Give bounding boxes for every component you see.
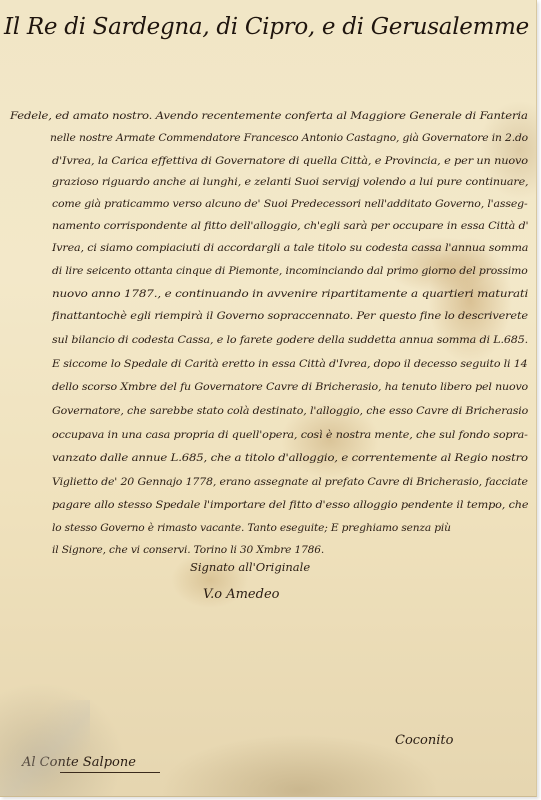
letter-line: Fedele, ed amato nostro. Avendo recentem… <box>10 110 528 122</box>
letter-line: sul bilancio di codesta Cassa, e lo fare… <box>52 334 528 346</box>
addressee: Al Conte Salpone <box>22 755 136 770</box>
paper-crease <box>0 700 90 796</box>
letter-line: finattantochè egli riempirà il Governo s… <box>52 310 528 322</box>
letter-line: come già praticammo verso alcuno de' Suo… <box>52 198 528 210</box>
letter-line: nuovo anno 1787., e continuando in avven… <box>52 288 528 300</box>
letter-line: occupava in una casa propria di quell'op… <box>52 429 528 441</box>
letter-line: Governatore, che sarebbe stato colà dest… <box>52 405 528 417</box>
letter-title: Il Re di Sardegna, di Cipro, e di Gerusa… <box>4 14 529 40</box>
signature-label: Signato all'Originale <box>190 560 310 574</box>
letter-line: Ivrea, ci siamo compiaciuti di accordarg… <box>52 242 528 254</box>
signature-name: V.o Amedeo <box>203 587 279 602</box>
letter-line: pagare allo stesso Spedale l'importare d… <box>52 499 528 511</box>
letter-line: Viglietto de' 20 Gennajo 1778, erano ass… <box>52 476 528 488</box>
addressee-underline <box>60 772 160 773</box>
letter-line: dello scorso Xmbre del fu Governatore Ca… <box>52 381 528 393</box>
letter-line: vanzato dalle annue L.685, che a titolo … <box>52 452 528 464</box>
letter-line: d'Ivrea, la Carica effettiva di Governat… <box>52 155 528 167</box>
letter-line: lo stesso Governo è rimasto vacante. Tan… <box>52 522 451 534</box>
countersignature: Coconito <box>395 733 453 748</box>
letter-line: E siccome lo Spedale di Carità eretto in… <box>52 358 527 370</box>
letter-line: grazioso riguardo anche ai lunghi, e zel… <box>52 176 528 188</box>
letter-sheet: Il Re di Sardegna, di Cipro, e di Gerusa… <box>0 0 537 797</box>
letter-line: il Signore, che vi conservi. Torino li 3… <box>52 544 324 556</box>
letter-line: nelle nostre Armate Commendatore Frances… <box>50 132 528 144</box>
letter-line: namento corrispondente al fitto dell'all… <box>52 220 528 232</box>
letter-line: di lire seicento ottanta cinque di Piemo… <box>52 265 528 277</box>
